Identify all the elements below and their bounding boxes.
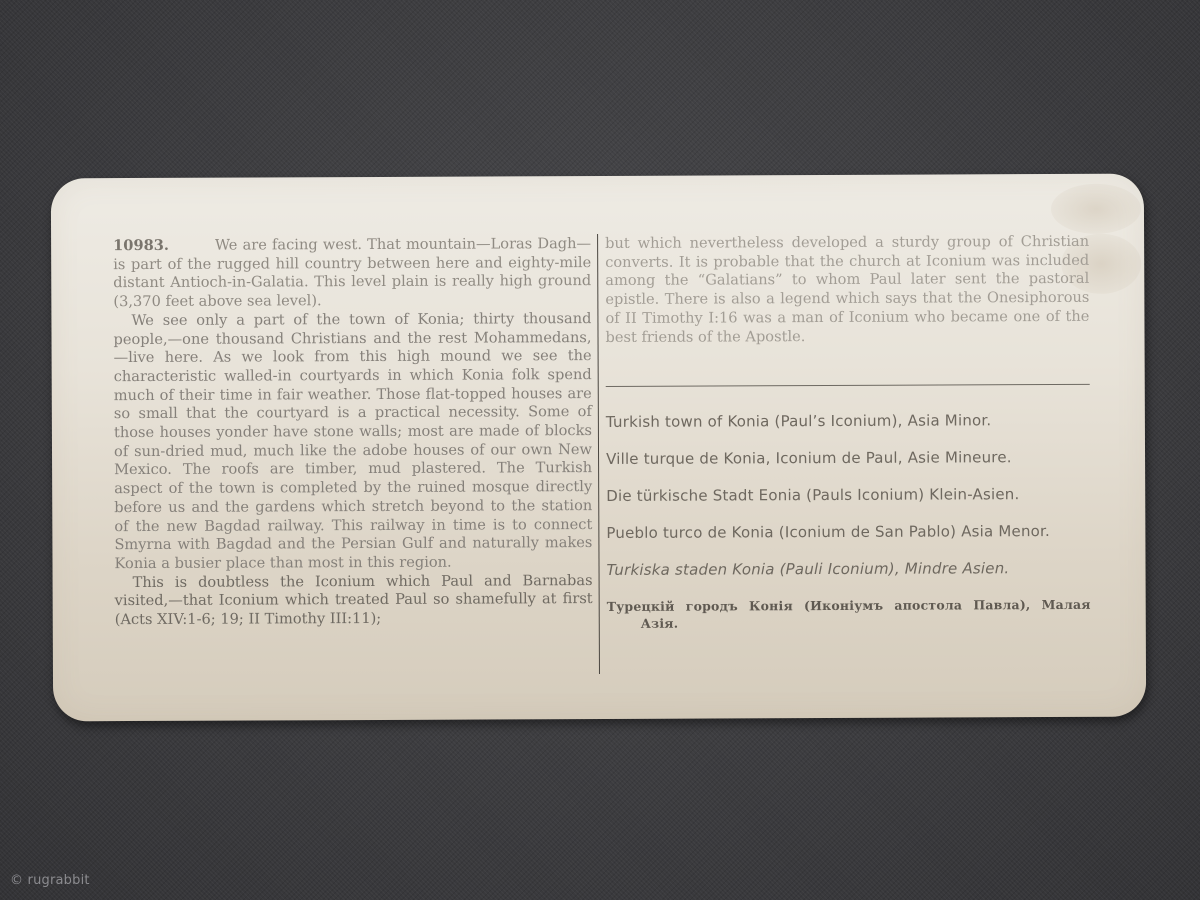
paragraph-1-text: We are facing west. That mountain—Loras … [113, 235, 591, 310]
description-right-column: but which nevertheless developed a sturd… [605, 233, 1089, 347]
caption-german: Die türkische Stadt Eonia (Pauls Iconium… [606, 485, 1090, 506]
caption-swedish: Turkiska staden Konia (Pauli Iconium), M… [606, 559, 1090, 580]
catalog-number: 10983. [113, 237, 169, 254]
paragraph-continued: but which nevertheless developed a sturd… [605, 233, 1089, 347]
multilingual-captions: Turkish town of Konia (Paul’s Iconium), … [606, 411, 1091, 650]
caption-spanish: Pueblo turco de Konia (Iconium de San Pa… [606, 522, 1090, 543]
caption-french: Ville turque de Konia, Iconium de Paul, … [606, 448, 1090, 469]
paper-stain [1051, 184, 1141, 234]
column-divider [597, 234, 600, 674]
caption-divider [606, 384, 1090, 387]
caption-russian: Турецкій городъ Конія (Иконіумъ апостола… [607, 596, 1091, 632]
watermark: © rugrabbit [10, 873, 90, 888]
paragraph-3: This is doubtless the Iconium which Paul… [115, 572, 593, 630]
paragraph-1: 10983.We are facing west. That mountain—… [113, 235, 591, 312]
caption-english: Turkish town of Konia (Paul’s Iconium), … [606, 411, 1090, 432]
description-left-column: 10983.We are facing west. That mountain—… [113, 235, 593, 630]
stereoview-card-back: 10983.We are facing west. That mountain—… [51, 174, 1146, 722]
paragraph-2: We see only a part of the town of Konia;… [113, 310, 592, 574]
